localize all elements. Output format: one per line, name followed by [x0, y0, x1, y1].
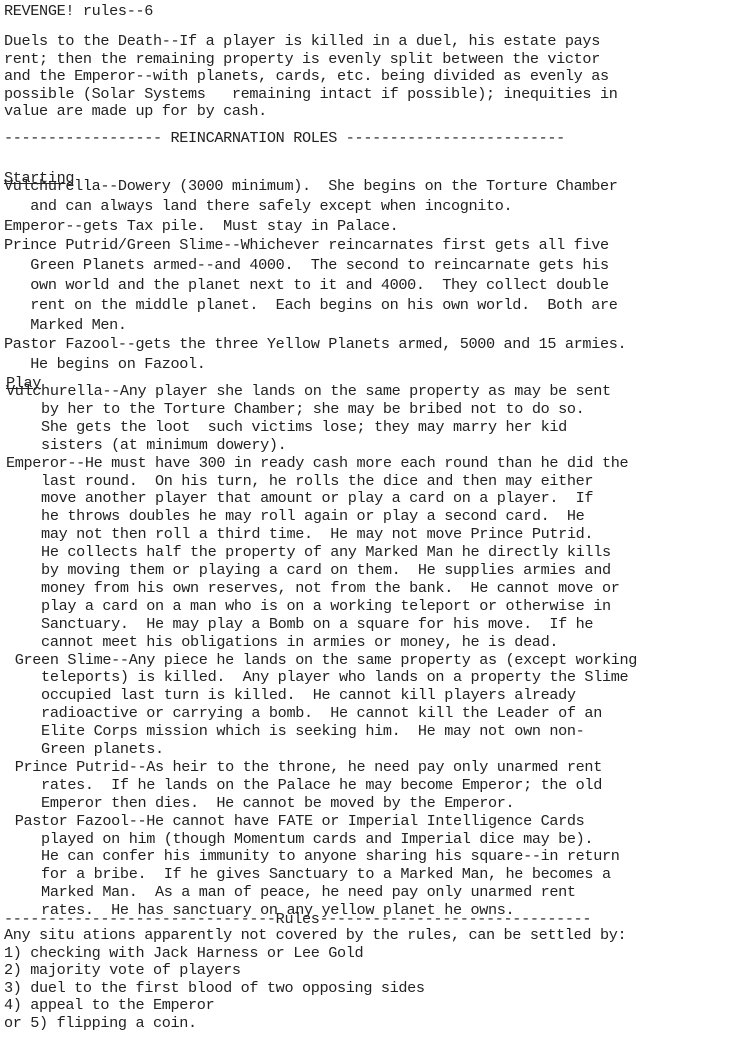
duels-line: possible (Solar Systems remaining intact… [4, 86, 617, 103]
starting-line: Pastor Fazool--gets the three Yellow Pla… [4, 336, 626, 353]
play-line: radioactive or carrying a bomb. He canno… [6, 705, 602, 722]
play-line: money from his own reserves, not from th… [6, 580, 619, 597]
play-line: Pastor Fazool--He cannot have FATE or Im… [6, 813, 584, 830]
play-line: for a bribe. If he gives Sanctuary to a … [6, 866, 611, 883]
play-line: he throws doubles he may roll again or p… [6, 508, 584, 525]
rules-line: 2) majority vote of players [4, 962, 241, 979]
play-line: move another player that amount or play … [6, 490, 593, 507]
typed-rules-page: REVENGE! rules--6 Duels to the Death--If… [0, 0, 736, 1037]
play-line: occupied last turn is killed. He cannot … [6, 687, 576, 704]
section-divider-reincarnation: ------------------ REINCARNATION ROLES -… [4, 130, 565, 147]
play-line: sisters (at minimum dowery). [6, 437, 286, 454]
rules-line: Any situ ations apparently not covered b… [4, 927, 626, 944]
play-line: teleports) is killed. Any player who lan… [6, 669, 628, 686]
rules-line: 1) checking with Jack Harness or Lee Gol… [4, 945, 363, 962]
duels-line: rent; then the remaining property is eve… [4, 51, 600, 68]
play-line: She gets the loot such victims lose; the… [6, 419, 567, 436]
play-line: rates. If he lands on the Palace he may … [6, 777, 602, 794]
rules-line: 3) duel to the first blood of two opposi… [4, 980, 425, 997]
play-line: may not then roll a third time. He may n… [6, 526, 593, 543]
starting-line: rent on the middle planet. Each begins o… [4, 297, 617, 314]
play-line: cannot meet his obligations in armies or… [6, 634, 558, 651]
play-line: Vulchurella--Any player she lands on the… [6, 383, 611, 400]
play-line: Elite Corps mission which is seeking him… [6, 723, 584, 740]
rules-line: 4) appeal to the Emperor [4, 997, 214, 1014]
starting-line: Vulchurella--Dowery (3000 minimum). She … [4, 178, 617, 195]
duels-line: and the Emperor--with planets, cards, et… [4, 68, 609, 85]
play-line: by moving them or playing a card on them… [6, 562, 611, 579]
play-line: played on him (though Momentum cards and… [6, 831, 593, 848]
play-line: Prince Putrid--As heir to the throne, he… [6, 759, 602, 776]
play-line: He can confer his immunity to anyone sha… [6, 848, 619, 865]
play-line: He collects half the property of any Mar… [6, 544, 611, 561]
starting-line: own world and the planet next to it and … [4, 277, 609, 294]
play-line: play a card on a man who is on a working… [6, 598, 611, 615]
starting-line: He begins on Fazool. [4, 356, 206, 373]
play-line: by her to the Torture Chamber; she may b… [6, 401, 584, 418]
play-line: Green Slime--Any piece he lands on the s… [6, 652, 637, 669]
page-header: REVENGE! rules--6 [4, 3, 153, 20]
rules-line: or 5) flipping a coin. [4, 1015, 197, 1032]
starting-line: Green Planets armed--and 4000. The secon… [4, 257, 609, 274]
play-line: Marked Man. As a man of peace, he need p… [6, 884, 576, 901]
play-line: Green planets. [6, 741, 164, 758]
play-line: Emperor--He must have 300 in ready cash … [6, 455, 628, 472]
starting-line: and can always land there safely except … [4, 198, 512, 215]
play-line: last round. On his turn, he rolls the di… [6, 473, 593, 490]
starting-line: Emperor--gets Tax pile. Must stay in Pal… [4, 218, 398, 235]
duels-line: value are made up for by cash. [4, 103, 267, 120]
play-line: Emperor then dies. He cannot be moved by… [6, 795, 514, 812]
starting-line: Marked Men. [4, 317, 127, 334]
duels-line: Duels to the Death--If a player is kille… [4, 33, 600, 50]
play-line: Sanctuary. He may play a Bomb on a squar… [6, 616, 593, 633]
starting-line: Prince Putrid/Green Slime--Whichever rei… [4, 237, 609, 254]
